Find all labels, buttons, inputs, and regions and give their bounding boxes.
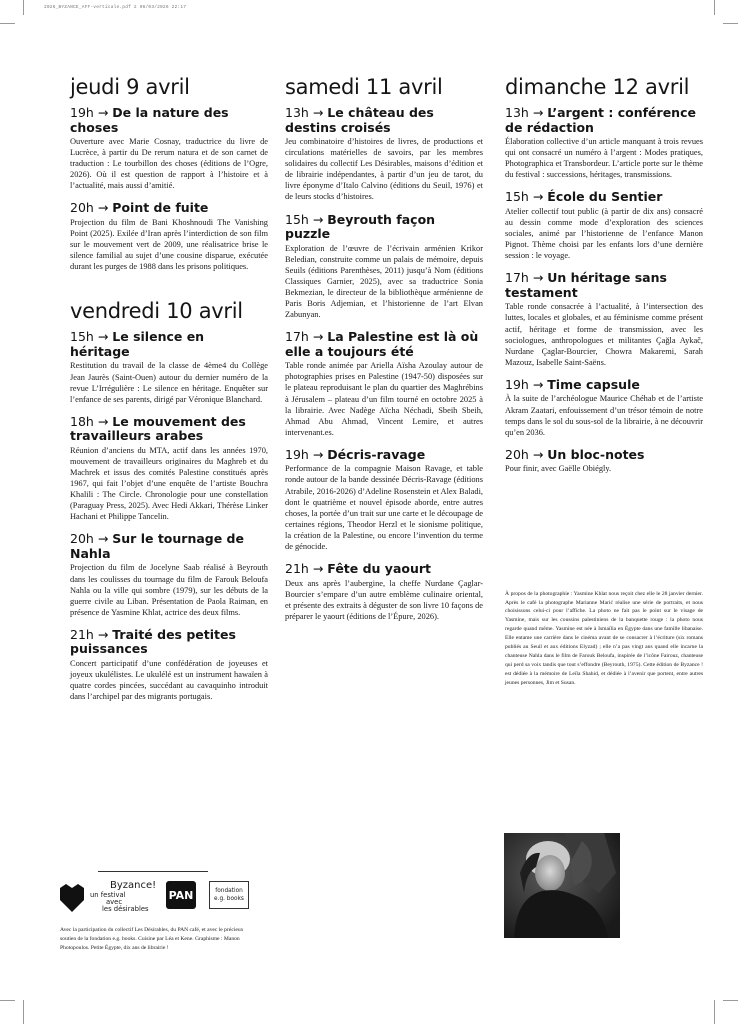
event-time: 15h — [505, 189, 529, 204]
arrow-right-icon: → — [98, 105, 108, 120]
byzance-subtitle: un festival avec les désirables — [90, 892, 149, 913]
pan-logo: PAN — [166, 881, 196, 909]
event-description: Jeu combinatoire d’histoires de livres, … — [285, 136, 483, 203]
event-time: 17h — [285, 329, 309, 344]
event-description: Pour finir, avec Gaëlle Obiégly. — [505, 463, 703, 474]
event-item: 18h → Le mouvement des travailleurs arab… — [70, 415, 268, 523]
event-description: Ouverture avec Marie Cosnay, traductrice… — [70, 136, 268, 191]
event-item: 13h → Le château des destins croisés Jeu… — [285, 106, 483, 203]
event-name: Time capsule — [547, 377, 640, 392]
event-description: Deux ans après l’aubergine, la cheffe Nu… — [285, 578, 483, 622]
event-item: 13h → L’argent : conférence de rédaction… — [505, 106, 703, 180]
crop-mark — [723, 1000, 738, 1001]
event-description: Élaboration collective d’un article manq… — [505, 136, 703, 180]
event-time: 15h — [285, 212, 309, 227]
portrait-image-icon — [504, 833, 620, 938]
event-title: 13h → Le château des destins croisés — [285, 106, 483, 135]
event-time: 13h — [505, 105, 529, 120]
byzance-sub-line: les désirables — [90, 906, 149, 913]
day-heading: dimanche 12 avril — [505, 74, 703, 100]
event-title: 13h → L’argent : conférence de rédaction — [505, 106, 703, 135]
event-title: 15h → École du Sentier — [505, 190, 703, 205]
day-heading: vendredi 10 avril — [70, 298, 268, 324]
event-item: 21h → Fête du yaourt Deux ans après l’au… — [285, 562, 483, 622]
event-description: Réunion d’anciens du MTA, actif dans les… — [70, 445, 268, 523]
day-section: dimanche 12 avril 13h → L’argent : confé… — [505, 74, 703, 474]
event-item: 20h → Un bloc-notes Pour finir, avec Gaë… — [505, 448, 703, 475]
event-time: 21h — [285, 561, 309, 576]
arrow-right-icon: → — [313, 561, 323, 576]
event-time: 20h — [70, 531, 94, 546]
event-name: Fête du yaourt — [327, 561, 431, 576]
event-item: 19h → Décris-ravage Performance de la co… — [285, 448, 483, 552]
event-title: 17h → Un héritage sans testament — [505, 271, 703, 300]
event-name: De la nature des choses — [70, 105, 229, 135]
event-title: 19h → De la nature des choses — [70, 106, 268, 135]
arrow-right-icon: → — [98, 414, 108, 429]
arrow-right-icon: → — [313, 447, 323, 462]
event-time: 15h — [70, 329, 94, 344]
event-item: 15h → École du Sentier Atelier collectif… — [505, 190, 703, 261]
column-3: dimanche 12 avril 13h → L’argent : confé… — [505, 74, 703, 484]
crop-mark — [0, 23, 15, 24]
event-title: 18h → Le mouvement des travailleurs arab… — [70, 415, 268, 444]
event-item: 20h → Point de fuite Projection du film … — [70, 201, 268, 272]
event-description: Projection du film de Jocelyne Saab réal… — [70, 562, 268, 617]
crop-mark — [714, 1000, 715, 1024]
event-description: Concert participatif d’une confédération… — [70, 658, 268, 702]
arrow-right-icon: → — [98, 329, 108, 344]
arrow-right-icon: → — [98, 531, 108, 546]
event-title: 20h → Point de fuite — [70, 201, 268, 216]
event-description: Exploration de l’œuvre de l’écrivain arm… — [285, 243, 483, 321]
event-time: 19h — [505, 377, 529, 392]
column-1: jeudi 9 avril 19h → De la nature des cho… — [70, 74, 268, 712]
footer-divider — [98, 871, 208, 872]
fondation-line: e.g. books — [210, 895, 248, 903]
event-title: 21h → Traité des petites puissances — [70, 628, 268, 657]
event-time: 20h — [70, 200, 94, 215]
event-title: 15h → Le silence en héritage — [70, 330, 268, 359]
event-description: Performance de la compagnie Maison Ravag… — [285, 463, 483, 552]
event-name: Point de fuite — [112, 200, 208, 215]
fondation-logo: fondation e.g. books — [209, 881, 249, 909]
sponsor-logos: Byzance! un festival avec les désirables… — [60, 878, 260, 918]
day-section: samedi 11 avril 13h → Le château des des… — [285, 74, 483, 622]
fondation-line: fondation — [210, 887, 248, 895]
event-title: 21h → Fête du yaourt — [285, 562, 483, 577]
column-2: samedi 11 avril 13h → Le château des des… — [285, 74, 483, 632]
crop-mark — [23, 1000, 24, 1024]
event-item: 17h → La Palestine est là où elle a touj… — [285, 330, 483, 438]
event-description: Table ronde consacrée à l’actualité, à l… — [505, 301, 703, 368]
event-name: Un héritage sans testament — [505, 270, 667, 300]
arrow-right-icon: → — [533, 189, 543, 204]
event-time: 17h — [505, 270, 529, 285]
event-title: 20h → Sur le tournage de Nahla — [70, 532, 268, 561]
crop-mark — [723, 23, 738, 24]
event-name: Traité des petites puissances — [70, 627, 236, 657]
event-item: 20h → Sur le tournage de Nahla Projectio… — [70, 532, 268, 617]
arrow-right-icon: → — [313, 329, 323, 344]
event-title: 19h → Décris-ravage — [285, 448, 483, 463]
photo-caption: À propos de la photographie : Yasmine Kh… — [505, 590, 703, 688]
event-description: Atelier collectif tout public (à partir … — [505, 206, 703, 261]
event-item: 19h → Time capsule À la suite de l’arché… — [505, 378, 703, 438]
event-title: 17h → La Palestine est là où elle a touj… — [285, 330, 483, 359]
event-time: 13h — [285, 105, 309, 120]
arrow-right-icon: → — [533, 105, 543, 120]
event-name: École du Sentier — [547, 189, 662, 204]
event-time: 18h — [70, 414, 94, 429]
day-section: jeudi 9 avril 19h → De la nature des cho… — [70, 74, 268, 272]
arrow-right-icon: → — [533, 377, 543, 392]
arrow-right-icon: → — [533, 447, 543, 462]
event-title: 20h → Un bloc-notes — [505, 448, 703, 463]
event-name: Sur le tournage de Nahla — [70, 531, 244, 561]
day-heading: samedi 11 avril — [285, 74, 483, 100]
event-item: 17h → Un héritage sans testament Table r… — [505, 271, 703, 368]
event-title: 15h → Beyrouth façon puzzle — [285, 213, 483, 242]
crop-mark — [0, 1000, 15, 1001]
arrow-right-icon: → — [313, 105, 323, 120]
event-time: 21h — [70, 627, 94, 642]
portrait-photo — [504, 833, 620, 938]
event-time: 19h — [70, 105, 94, 120]
event-description: À la suite de l’archéologue Maurice Chéh… — [505, 393, 703, 437]
event-item: 21h → Traité des petites puissances Conc… — [70, 628, 268, 702]
byzance-title: Byzance! — [110, 880, 156, 891]
arrow-right-icon: → — [533, 270, 543, 285]
day-section: vendredi 10 avril 15h → Le silence en hé… — [70, 298, 268, 702]
arrow-right-icon: → — [98, 627, 108, 642]
event-name: Décris-ravage — [327, 447, 425, 462]
crop-mark — [23, 0, 24, 15]
event-time: 19h — [285, 447, 309, 462]
day-heading: jeudi 9 avril — [70, 74, 268, 100]
arrow-right-icon: → — [313, 212, 323, 227]
event-time: 20h — [505, 447, 529, 462]
print-slug: 2026_BYZANCE_AFF-verticale.pdf 2 06/03/2… — [44, 5, 186, 10]
event-description: Projection du film de Bani Khoshnoudi Th… — [70, 217, 268, 272]
crop-mark — [714, 0, 715, 15]
event-title: 19h → Time capsule — [505, 378, 703, 393]
credits-text: Avec la participation du collectif Les D… — [60, 926, 260, 953]
event-name: Un bloc-notes — [547, 447, 644, 462]
event-item: 15h → Beyrouth façon puzzle Exploration … — [285, 213, 483, 321]
heart-logo-icon — [60, 884, 84, 912]
event-description: Table ronde animée par Ariella Aïsha Azo… — [285, 360, 483, 438]
arrow-right-icon: → — [98, 200, 108, 215]
event-description: Restitution du travail de la classe de 4… — [70, 360, 268, 404]
event-name: Le mouvement des travailleurs arabes — [70, 414, 246, 444]
event-item: 15h → Le silence en héritage Restitution… — [70, 330, 268, 404]
event-item: 19h → De la nature des choses Ouverture … — [70, 106, 268, 191]
